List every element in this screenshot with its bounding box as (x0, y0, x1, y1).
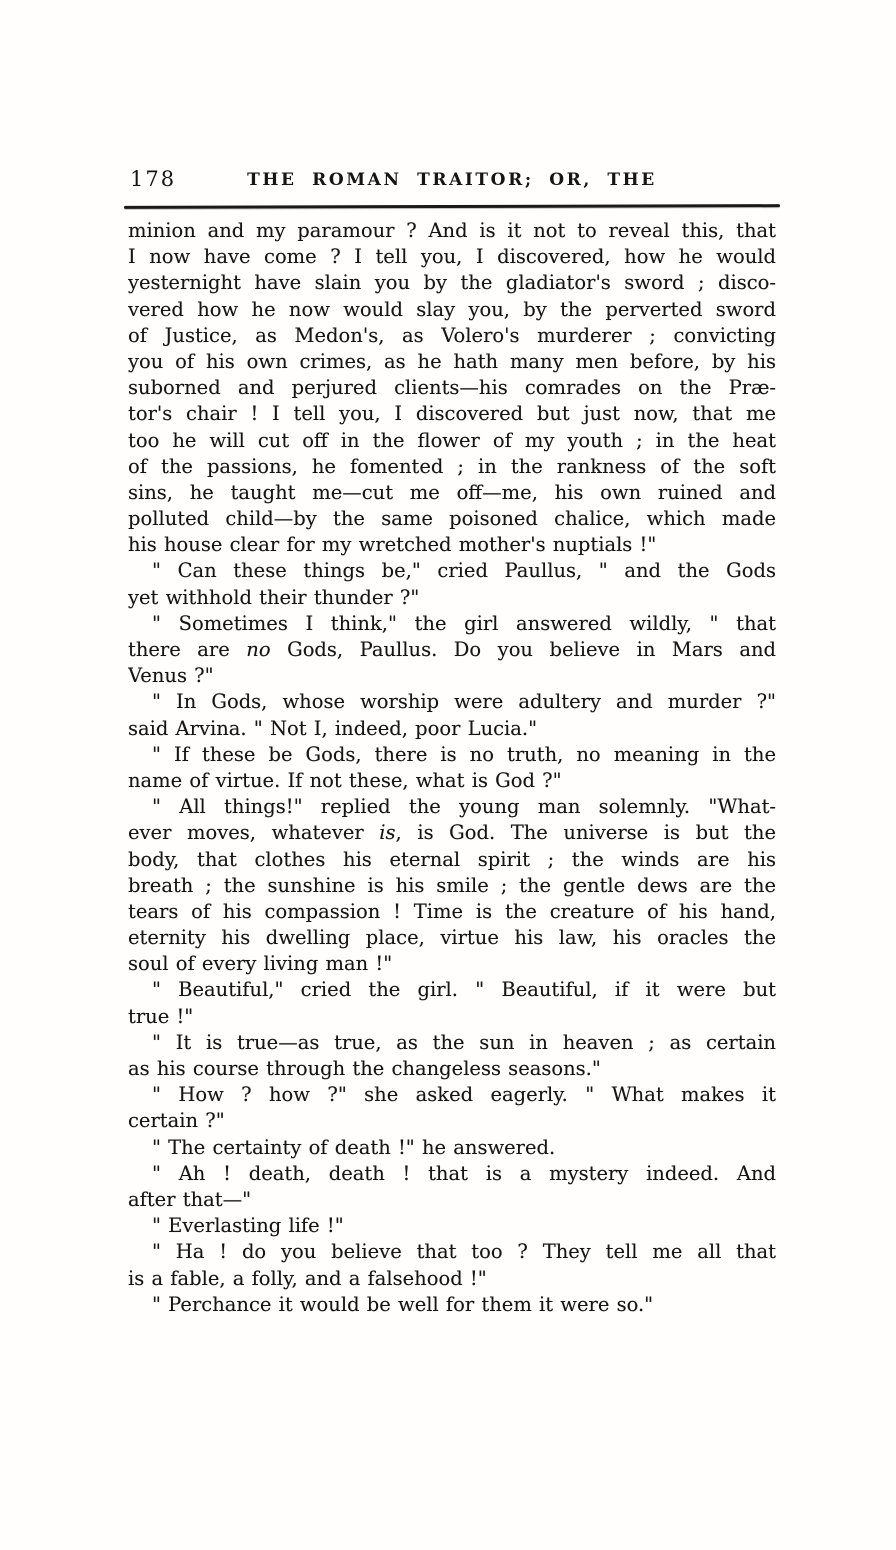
text-line: " Perchance it would be well for them it… (128, 1292, 776, 1318)
text-line: " Everlasting life !" (128, 1213, 776, 1239)
text-line: " Ha ! do you believe that too ? They te… (128, 1239, 776, 1265)
text-segment: " If these be Gods, there is no truth, n… (152, 743, 776, 766)
text-body: minion and my paramour ? And is it not t… (128, 218, 776, 1318)
text-segment: body, that clothes his eternal spirit ; … (128, 848, 776, 871)
text-line: there are no Gods, Paullus. Do you belie… (128, 637, 776, 663)
text-line: " All things!" replied the young man sol… (128, 794, 776, 820)
italic-text-segment: is (379, 821, 395, 844)
text-segment: soul of every living man !" (128, 952, 392, 975)
text-line: " The certainty of death !" he answered. (128, 1135, 776, 1161)
text-segment: name of virtue. If not these, what is Go… (128, 769, 562, 792)
text-segment: " Perchance it would be well for them it… (152, 1293, 653, 1316)
text-line: sins, he taught me—cut me off—me, his ow… (128, 480, 776, 506)
text-line: said Arvina. " Not I, indeed, poor Lucia… (128, 716, 776, 742)
text-segment: sins, he taught me—cut me off—me, his ow… (128, 481, 776, 504)
text-segment: as his course through the changeless sea… (128, 1057, 601, 1080)
text-segment: " Sometimes I think," the girl answered … (152, 612, 776, 635)
text-line: breath ; the sunshine is his smile ; the… (128, 873, 776, 899)
text-segment: Venus ?" (128, 664, 214, 687)
text-line: yet withhold their thunder ?" (128, 585, 776, 611)
text-segment: said Arvina. " Not I, indeed, poor Lucia… (128, 717, 537, 740)
text-segment: certain ?" (128, 1109, 225, 1132)
text-segment: " Ah ! death, death ! that is a mystery … (152, 1162, 776, 1185)
text-line: after that—" (128, 1187, 776, 1213)
page-header: 178 THE ROMAN TRAITOR; OR, THE (128, 166, 776, 196)
text-line: " Sometimes I think," the girl answered … (128, 611, 776, 637)
book-page: 178 THE ROMAN TRAITOR; OR, THE minion an… (0, 0, 896, 1550)
text-line: " Beautiful," cried the girl. " Beautifu… (128, 977, 776, 1003)
text-segment: " In Gods, whose worship were adultery a… (152, 690, 776, 713)
text-line: ever moves, whatever is, is God. The uni… (128, 820, 776, 846)
text-line: I now have come ? I tell you, I discover… (128, 244, 776, 270)
running-title: THE ROMAN TRAITOR; OR, THE (128, 166, 776, 190)
text-segment: there are (128, 638, 246, 661)
text-line: is a fable, a folly, and a falsehood !" (128, 1266, 776, 1292)
text-line: polluted child—by the same poisoned chal… (128, 506, 776, 532)
text-segment: breath ; the sunshine is his smile ; the… (128, 874, 776, 897)
text-segment: minion and my paramour ? And is it not t… (128, 219, 776, 242)
text-segment: " It is true—as true, as the sun in heav… (152, 1031, 776, 1054)
text-segment: of the passions, he fomented ; in the ra… (128, 455, 776, 478)
text-line: eternity his dwelling place, virtue his … (128, 925, 776, 951)
text-segment: his house clear for my wretched mother's… (128, 533, 656, 556)
text-segment: suborned and perjured clients—his comrad… (128, 376, 776, 399)
text-segment: " All things!" replied the young man sol… (152, 795, 776, 818)
text-segment: tears of his compassion ! Time is the cr… (128, 900, 776, 923)
text-segment: tor's chair ! I tell you, I discovered b… (128, 402, 776, 425)
text-line: true !" (128, 1004, 776, 1030)
page-content: 178 THE ROMAN TRAITOR; OR, THE minion an… (128, 166, 776, 1318)
text-line: tears of his compassion ! Time is the cr… (128, 899, 776, 925)
text-segment: eternity his dwelling place, virtue his … (128, 926, 776, 949)
text-segment: you of his own crimes, as he hath many m… (128, 350, 776, 373)
text-segment: " Ha ! do you believe that too ? They te… (152, 1240, 776, 1263)
text-segment: yet withhold their thunder ?" (128, 586, 419, 609)
text-line: minion and my paramour ? And is it not t… (128, 218, 776, 244)
text-line: tor's chair ! I tell you, I discovered b… (128, 401, 776, 427)
text-line: too he will cut off in the flower of my … (128, 428, 776, 454)
text-line: as his course through the changeless sea… (128, 1056, 776, 1082)
header-rule (124, 204, 780, 209)
text-line: of Justice, as Medon's, as Volero's murd… (128, 323, 776, 349)
text-segment: " The certainty of death !" he answered. (152, 1136, 555, 1159)
text-segment: " Everlasting life !" (152, 1214, 344, 1237)
text-segment: , is God. The universe is but the (396, 821, 776, 844)
text-segment: I now have come ? I tell you, I discover… (128, 245, 776, 268)
text-segment: after that—" (128, 1188, 251, 1211)
text-line: " If these be Gods, there is no truth, n… (128, 742, 776, 768)
italic-text-segment: no (246, 638, 270, 661)
page-number: 178 (130, 167, 176, 191)
text-line: you of his own crimes, as he hath many m… (128, 349, 776, 375)
text-line: of the passions, he fomented ; in the ra… (128, 454, 776, 480)
text-line: " Can these things be," cried Paullus, "… (128, 558, 776, 584)
text-segment: Gods, Paullus. Do you believe in Mars an… (271, 638, 776, 661)
text-segment: is a fable, a folly, and a falsehood !" (128, 1267, 487, 1290)
text-segment: true !" (128, 1005, 193, 1028)
text-line: name of virtue. If not these, what is Go… (128, 768, 776, 794)
text-line: " In Gods, whose worship were adultery a… (128, 689, 776, 715)
text-line: his house clear for my wretched mother's… (128, 532, 776, 558)
text-segment: too he will cut off in the flower of my … (128, 429, 776, 452)
text-segment: polluted child—by the same poisoned chal… (128, 507, 776, 530)
text-segment: of Justice, as Medon's, as Volero's murd… (128, 324, 776, 347)
text-segment: " How ? how ?" she asked eagerly. " What… (152, 1083, 776, 1106)
text-line: vered how he now would slay you, by the … (128, 297, 776, 323)
text-line: Venus ?" (128, 663, 776, 689)
text-line: yesternight have slain you by the gladia… (128, 270, 776, 296)
text-line: soul of every living man !" (128, 951, 776, 977)
text-line: " Ah ! death, death ! that is a mystery … (128, 1161, 776, 1187)
text-segment: " Can these things be," cried Paullus, "… (152, 559, 776, 582)
text-segment: yesternight have slain you by the gladia… (128, 271, 776, 294)
text-line: " How ? how ?" she asked eagerly. " What… (128, 1082, 776, 1108)
text-line: body, that clothes his eternal spirit ; … (128, 847, 776, 873)
text-line: " It is true—as true, as the sun in heav… (128, 1030, 776, 1056)
text-segment: vered how he now would slay you, by the … (128, 298, 776, 321)
text-segment: " Beautiful," cried the girl. " Beautifu… (152, 978, 776, 1001)
text-line: suborned and perjured clients—his comrad… (128, 375, 776, 401)
text-line: certain ?" (128, 1108, 776, 1134)
text-segment: ever moves, whatever (128, 821, 379, 844)
